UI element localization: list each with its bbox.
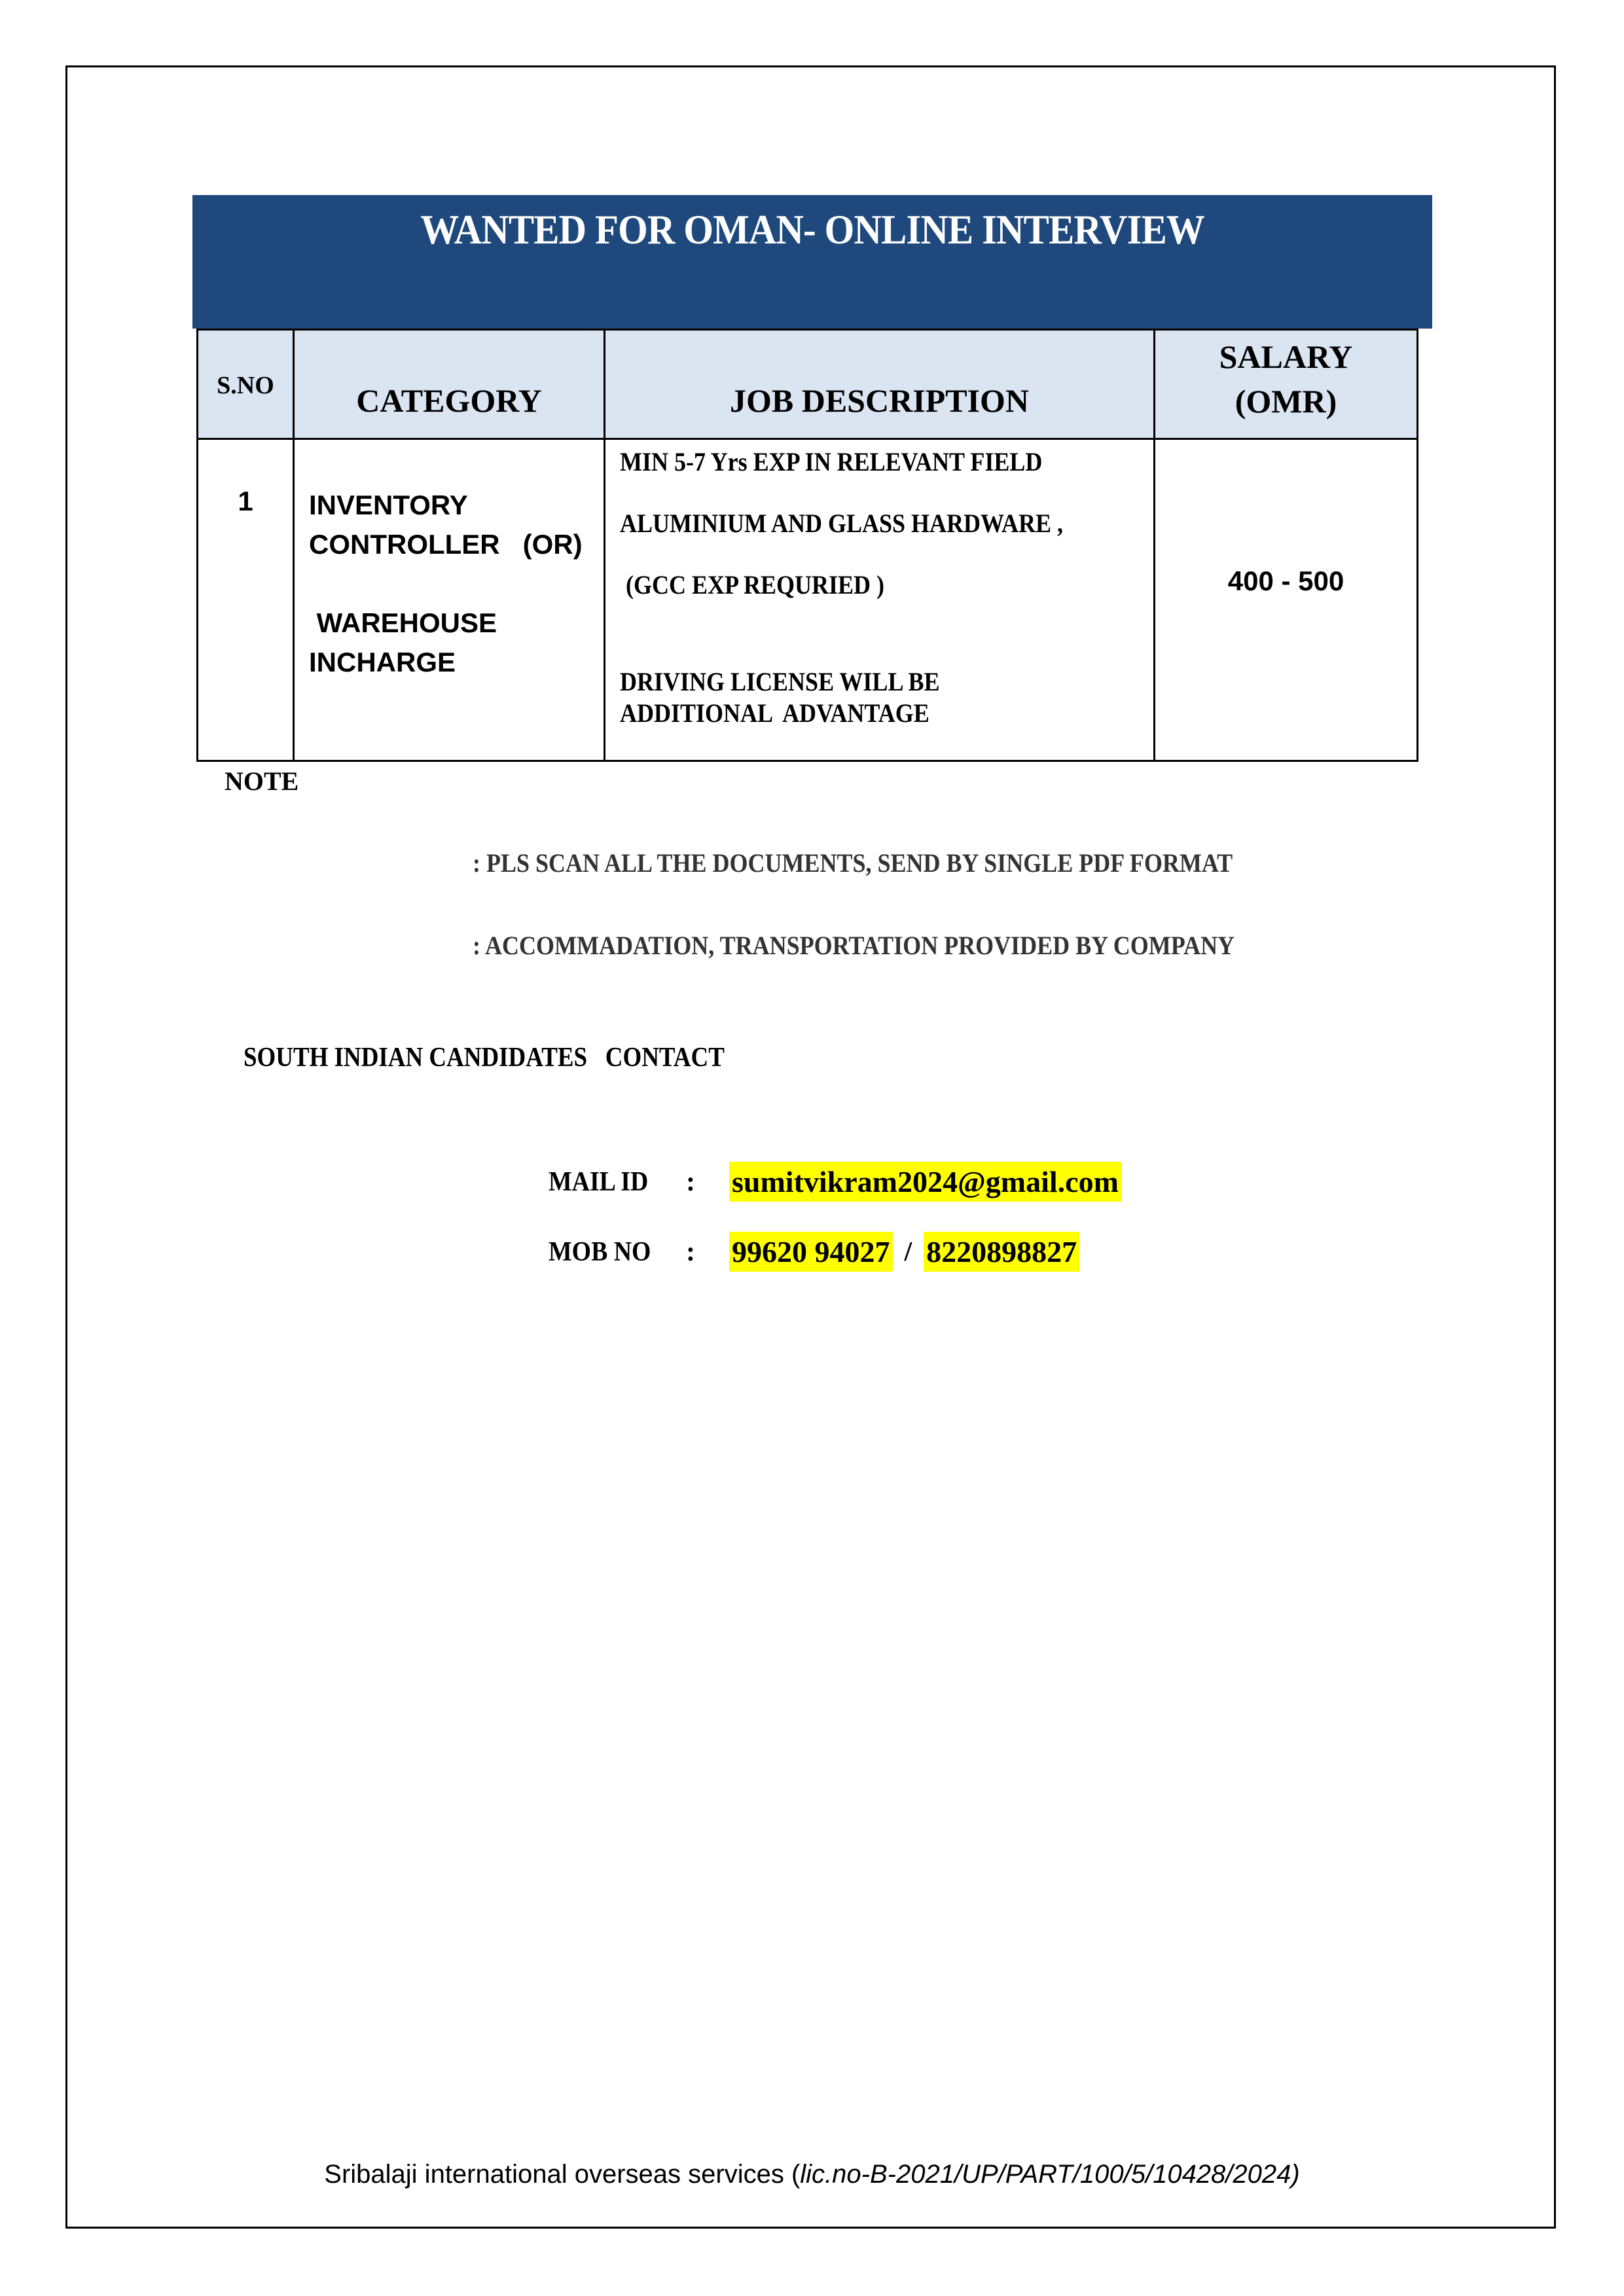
note-line-documents: : PLS SCAN ALL THE DOCUMENTS, SEND BY SI… — [473, 848, 1233, 878]
table-row: 1 INVENTORY CONTROLLER (OR) WAREHOUSE IN… — [198, 439, 1418, 761]
note-label: NOTE — [225, 766, 298, 797]
header-category: CATEGORY — [294, 330, 605, 439]
mob-colon: : — [686, 1236, 729, 1268]
mob-row: MOB NO : 99620 94027 / 8220898827 — [549, 1232, 1079, 1272]
mob-label: MOB NO — [549, 1236, 672, 1268]
cell-sno: 1 — [198, 439, 294, 761]
cell-category: INVENTORY CONTROLLER (OR) WAREHOUSE INCH… — [294, 439, 605, 761]
mob-separator: / — [905, 1236, 912, 1268]
mail-value[interactable]: sumitvikram2024@gmail.com — [729, 1162, 1121, 1202]
jobs-table: S.NO CATEGORY JOB DESCRIPTION SALARY(OMR… — [196, 329, 1418, 762]
header-job-description: JOB DESCRIPTION — [605, 330, 1155, 439]
footer-license: lic.no-B-2021/UP/PART/100/5/10428/2024) — [800, 2160, 1299, 2189]
table-header-row: S.NO CATEGORY JOB DESCRIPTION SALARY(OMR… — [198, 330, 1418, 439]
mail-colon: : — [686, 1166, 729, 1198]
contact-heading: SOUTH INDIAN CANDIDATES CONTACT — [244, 1042, 725, 1073]
header-salary: SALARY(OMR) — [1155, 330, 1418, 439]
mail-label: MAIL ID — [549, 1166, 672, 1198]
header-banner: WANTED FOR OMAN- ONLINE INTERVIEW — [192, 195, 1432, 329]
cell-salary: 400 - 500 — [1155, 439, 1418, 761]
header-sno: S.NO — [198, 330, 294, 439]
mail-row: MAIL ID : sumitvikram2024@gmail.com — [549, 1162, 1121, 1202]
cell-job-description: MIN 5-7 Yrs EXP IN RELEVANT FIELD ALUMIN… — [605, 439, 1155, 761]
mob-value-2[interactable]: 8220898827 — [924, 1232, 1079, 1272]
footer-company: Sribalaji international overseas service… — [324, 2160, 800, 2189]
mob-value-1[interactable]: 99620 94027 — [729, 1232, 893, 1272]
footer: Sribalaji international overseas service… — [0, 2160, 1624, 2189]
note-line-accommodation: : ACCOMMADATION, TRANSPORTATION PROVIDED… — [473, 930, 1235, 961]
page-title: WANTED FOR OMAN- ONLINE INTERVIEW — [242, 206, 1382, 254]
